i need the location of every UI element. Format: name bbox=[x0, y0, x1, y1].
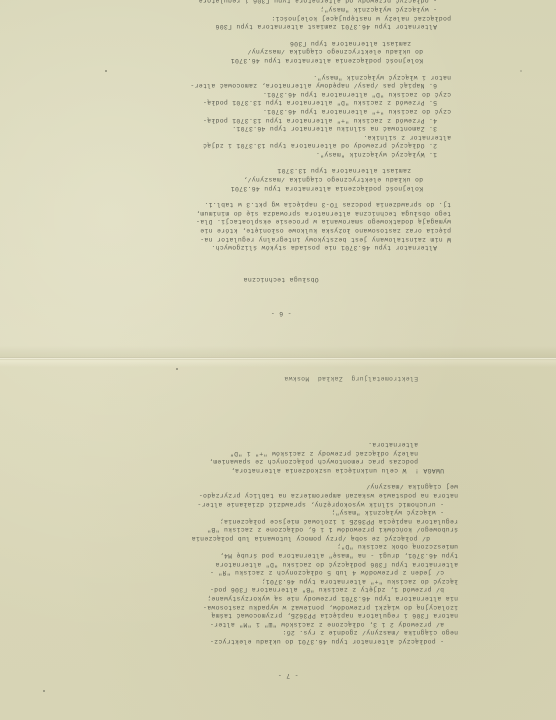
text-line: 5. Przewód z zacisku "D" alternatora typ… bbox=[111, 98, 451, 107]
text-line: izolacyjną do wiązki przewodów, ponieważ… bbox=[118, 602, 458, 611]
text-line: alternatora. bbox=[118, 439, 458, 448]
text-line: wymagają dodatkowego smarowania w proces… bbox=[111, 217, 451, 226]
text-line: a/ przewody 2 i 3, odłączone z zacisków … bbox=[118, 619, 458, 628]
scan-speck bbox=[43, 690, 45, 692]
text-line: c/ jeden z przewodów 4 lub 5 odłączonych… bbox=[118, 568, 458, 577]
text-line: łączyć do zacisku "+" alternatora typu 4… bbox=[118, 576, 458, 585]
text-line: 3. Zamontować na silniku alternator typu… bbox=[111, 124, 451, 133]
text-line: natora na podstawie wskazań amperomierza… bbox=[118, 490, 458, 499]
page-6-content: - 6 - Obsługa techniczna Alternator typu… bbox=[111, 0, 451, 334]
text-line: 1. Wyłączyć wyłącznik "masy". bbox=[111, 149, 451, 158]
text-line: podczas prac remontowych połączonych ze … bbox=[118, 457, 458, 466]
text-line: nator i włączyć wyłącznik "masy". bbox=[111, 72, 451, 81]
text-line: należy odłączać przewody z zacisków "+" … bbox=[118, 448, 458, 457]
text-line: d/ połączyć ze sobą /przy pomocy lutowan… bbox=[118, 533, 458, 542]
text-line: regulatora napięcia PP362Б i izolować mi… bbox=[118, 516, 458, 525]
text-line: alternator z silnika. bbox=[111, 132, 451, 141]
page-6: - 6 - Obsługa techniczna Alternator typu… bbox=[0, 0, 556, 360]
text-line: umieszczoną obok zacisku "D"; bbox=[118, 542, 458, 551]
text-line: do układu elektrycznego ciągnika /maszyn… bbox=[111, 47, 451, 56]
text-line: Kolejność podłączenia alternatora typu 4… bbox=[111, 183, 451, 192]
page-7-content: - 7 - - podłączyć alternator typu 46.370… bbox=[118, 356, 458, 696]
text-line: pięcia oraz zastosowano łożyska kulkowe … bbox=[111, 225, 451, 234]
text-line: śrubowego/ końcówki przewodów 1 i 6, odł… bbox=[118, 525, 458, 534]
page-7: - 7 - - podłączyć alternator typu 46.370… bbox=[0, 360, 556, 720]
paragraph-gap bbox=[111, 30, 451, 38]
paragraph-gap bbox=[111, 192, 451, 200]
text-line: 6. Napiąć pas /pasy/ napędowy alternator… bbox=[111, 81, 451, 90]
page-6-text-lines: Alternator typu 46.3701 nie posiada styk… bbox=[111, 0, 451, 251]
paragraph-gap bbox=[111, 158, 451, 166]
text-line: alternatora typu Г306 podłączyć do zacis… bbox=[118, 559, 458, 568]
scan-speck bbox=[105, 70, 107, 72]
text-line: - wyłączyć wyłącznik "masy"; bbox=[111, 4, 451, 13]
scan-speck bbox=[176, 368, 178, 370]
text-line: Kolejność podłączenia alternatora typu 4… bbox=[111, 55, 451, 64]
text-line: do układu elektrycznego ciągnika /maszyn… bbox=[111, 175, 451, 184]
text-line: podłączać należy w następującej kolejnoś… bbox=[111, 13, 451, 22]
text-line: tego obsługa techniczna alternatora spro… bbox=[111, 208, 451, 217]
text-line: natora Г306 i regulatora napięcia PP362Б… bbox=[118, 611, 458, 620]
text-line: wej ciągnika /maszyny/ bbox=[118, 482, 458, 491]
paragraph-gap bbox=[111, 64, 451, 72]
page-number: - 6 - bbox=[111, 308, 451, 317]
text-line: Alternator typu 46.3701 zamiast alternat… bbox=[111, 22, 451, 31]
text-line: czyć do zacisku "D" alternatora typu 46.… bbox=[111, 89, 451, 98]
page-number: - 7 - bbox=[118, 670, 458, 679]
text-line: - podłączyć alternator typu 46.3701 do u… bbox=[118, 636, 458, 645]
text-line: nia alternatora typu 46.3701 przewody ni… bbox=[118, 593, 458, 602]
text-line: zamiast alternatora typu 13.3701 bbox=[111, 166, 451, 175]
text-line: 2. Odłączyć przewody od alternatora typu… bbox=[111, 141, 451, 150]
text-line: zamiast alternatora typu Г306 bbox=[111, 38, 451, 47]
text-line: tj. do sprawdzenia podczas TO-3 napięcia… bbox=[111, 200, 451, 209]
text-line: - włączyć wyłącznik "masy"; bbox=[118, 508, 458, 517]
text-line: 4. Przewód z zacisku "+" alternatora typ… bbox=[111, 115, 451, 124]
section-title: Obsługa techniczna bbox=[111, 274, 451, 283]
text-line: nego ciągnika /maszyny/ zgodnie z rys. 2… bbox=[118, 628, 458, 637]
page-footer: Elektrometaljurg Zakład Moskwa bbox=[118, 374, 458, 383]
text-line: UWAGA ! W celu uniknięcia uszkodzenia al… bbox=[118, 465, 458, 474]
text-line: W nim zainstalowany jest bezstykowy inte… bbox=[111, 234, 451, 243]
text-line: Alternator typu 46.3701 nie posiada styk… bbox=[111, 243, 451, 252]
text-line: b/ przewód 1, zdjęty z zacisku "B" alter… bbox=[118, 585, 458, 594]
text-line: - odłączyć przewody od alternatora typu … bbox=[111, 0, 451, 4]
scan-speck bbox=[520, 70, 522, 72]
text-line: czyć do zacisku "+" alternatora typu 46.… bbox=[111, 106, 451, 115]
text-line: typu 46.3701, drugi - na "masę" alternat… bbox=[118, 551, 458, 560]
text-line: - uruchomić silnik wysokoprężny, sprawdz… bbox=[118, 499, 458, 508]
paragraph-gap bbox=[118, 474, 458, 482]
page-7-text-lines: - podłączyć alternator typu 46.3701 do u… bbox=[118, 439, 458, 645]
